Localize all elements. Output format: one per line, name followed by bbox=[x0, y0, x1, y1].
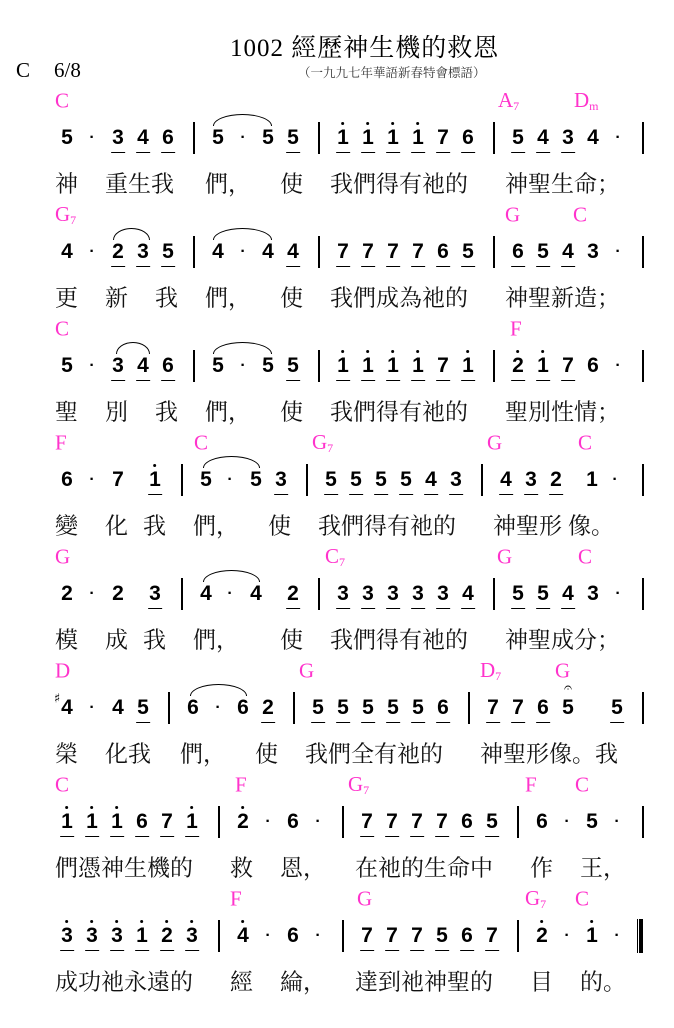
barline bbox=[181, 578, 183, 610]
augmentation-dot: · bbox=[89, 699, 94, 717]
note: 4 bbox=[262, 241, 274, 263]
barline bbox=[468, 692, 470, 724]
lyric-text: 聖別性情； bbox=[505, 394, 620, 427]
key-signature: C6/8 bbox=[16, 58, 81, 83]
lyric-text: 像。 bbox=[568, 508, 614, 541]
lyric-text: 新 bbox=[105, 280, 128, 313]
note: 6 bbox=[462, 127, 474, 149]
note: 1 bbox=[586, 925, 598, 947]
note: 3 bbox=[137, 241, 149, 263]
note: 6 bbox=[237, 697, 249, 719]
lyric-text: 神聖新造； bbox=[505, 280, 620, 313]
note: 2 bbox=[512, 355, 524, 377]
barline bbox=[306, 464, 308, 496]
note: 5 bbox=[362, 697, 374, 719]
barline bbox=[642, 236, 644, 268]
note: 5 bbox=[337, 697, 349, 719]
note: 3 bbox=[387, 583, 399, 605]
note: 6 bbox=[437, 697, 449, 719]
barline bbox=[318, 578, 320, 610]
lyric-text: 變 bbox=[55, 508, 78, 541]
note: 5 bbox=[200, 469, 212, 491]
lyric-text: 我們成為祂的 bbox=[330, 280, 468, 313]
tie-slur bbox=[213, 228, 272, 240]
note: 4 bbox=[200, 583, 212, 605]
barline bbox=[318, 236, 320, 268]
note: 7 bbox=[436, 811, 448, 833]
note: 3 bbox=[111, 925, 123, 947]
lyric-text: 重生我 bbox=[105, 166, 174, 199]
note: 1 bbox=[86, 811, 98, 833]
chord-symbol: F bbox=[55, 431, 67, 456]
note: 1 bbox=[61, 811, 73, 833]
note: 1 bbox=[111, 811, 123, 833]
note: 4 bbox=[537, 127, 549, 149]
augmentation-dot: · bbox=[215, 699, 220, 717]
note: 5 bbox=[611, 697, 623, 719]
chord-symbol: F bbox=[510, 317, 522, 342]
lyric-text: 使 bbox=[280, 166, 303, 199]
note: 5 bbox=[137, 697, 149, 719]
note: 5 bbox=[212, 355, 224, 377]
chord-symbol: G7 bbox=[348, 772, 369, 798]
lyric-text: 目 bbox=[530, 964, 553, 997]
note: 5 bbox=[486, 811, 498, 833]
lyric-text: 使 bbox=[255, 736, 278, 769]
note: 3 bbox=[412, 583, 424, 605]
note: 1 bbox=[537, 355, 549, 377]
lyric-text: 的。 bbox=[580, 964, 626, 997]
barline bbox=[517, 806, 519, 838]
barline bbox=[193, 350, 195, 382]
note: 5 bbox=[400, 469, 412, 491]
note: 4 bbox=[587, 127, 599, 149]
lyric-text: 更 bbox=[55, 280, 78, 313]
note: 7 bbox=[411, 811, 423, 833]
lyric-text: 們， bbox=[205, 394, 251, 427]
lyric-text: 經 bbox=[230, 964, 253, 997]
chord-symbol: G7 bbox=[525, 886, 546, 912]
note: 5 bbox=[375, 469, 387, 491]
sharp-accidental: ♯ bbox=[54, 692, 60, 707]
lyric-text: 模 bbox=[55, 622, 78, 655]
fermata-icon: 𝄐 bbox=[564, 680, 572, 696]
lyric-text: 王， bbox=[580, 850, 626, 883]
note: 1 bbox=[412, 127, 424, 149]
lyric-text: 使 bbox=[280, 280, 303, 313]
chord-symbol: G bbox=[357, 887, 372, 912]
lyric-text: 化 bbox=[105, 508, 128, 541]
augmentation-dot: · bbox=[564, 927, 569, 945]
lyric-text: 我們得有祂的 bbox=[330, 166, 468, 199]
note: 7 bbox=[161, 811, 173, 833]
note: 1 bbox=[149, 469, 161, 491]
note: 5 bbox=[537, 583, 549, 605]
note: 1 bbox=[412, 355, 424, 377]
lyric-text: 我們得有祂的 bbox=[318, 508, 456, 541]
note: 3 bbox=[525, 469, 537, 491]
note: 7 bbox=[437, 127, 449, 149]
note: 2 bbox=[237, 811, 249, 833]
lyric-text: 們， bbox=[193, 622, 239, 655]
note: 1 bbox=[337, 127, 349, 149]
note: 2 bbox=[61, 583, 73, 605]
lyric-text: 神聖成分； bbox=[505, 622, 620, 655]
chord-symbol: G bbox=[55, 545, 70, 570]
note: 1 bbox=[387, 355, 399, 377]
augmentation-dot: · bbox=[615, 585, 620, 603]
lyric-text: 作 bbox=[530, 850, 553, 883]
note: 3 bbox=[450, 469, 462, 491]
note: 5 bbox=[586, 811, 598, 833]
barline bbox=[642, 806, 644, 838]
note: 5 bbox=[325, 469, 337, 491]
barline bbox=[642, 464, 644, 496]
note: 7 bbox=[437, 355, 449, 377]
note: 5 bbox=[262, 127, 274, 149]
note: 1 bbox=[586, 469, 598, 491]
note: 7 bbox=[486, 925, 498, 947]
barline bbox=[642, 692, 644, 724]
tie-slur bbox=[203, 456, 260, 468]
chord-symbol: G bbox=[487, 431, 502, 456]
lyric-text: 使 bbox=[280, 394, 303, 427]
note: 7 bbox=[412, 241, 424, 263]
note: 6 bbox=[587, 355, 599, 377]
lyric-text: 們憑神生機的 bbox=[55, 850, 193, 883]
note: 1 bbox=[186, 811, 198, 833]
chord-symbol: C bbox=[55, 773, 69, 798]
note: 6 bbox=[287, 811, 299, 833]
augmentation-dot: · bbox=[227, 471, 232, 489]
lyric-text: 們， bbox=[193, 508, 239, 541]
augmentation-dot: · bbox=[615, 129, 620, 147]
note: 3 bbox=[337, 583, 349, 605]
chord-symbol: G bbox=[497, 545, 512, 570]
barline bbox=[293, 692, 295, 724]
augmentation-dot: · bbox=[265, 927, 270, 945]
lyric-text: 使 bbox=[268, 508, 291, 541]
lyric-text: 綸， bbox=[280, 964, 326, 997]
chord-symbol: C bbox=[573, 203, 587, 228]
barline bbox=[218, 920, 220, 952]
note: 7 bbox=[112, 469, 124, 491]
note: 4 bbox=[562, 583, 574, 605]
lyric-text: 我們得有祂的 bbox=[330, 622, 468, 655]
chord-symbol: G bbox=[505, 203, 520, 228]
note: 5 bbox=[61, 127, 73, 149]
tie-slur bbox=[213, 114, 272, 126]
augmentation-dot: · bbox=[89, 357, 94, 375]
lyric-text: 恩， bbox=[280, 850, 326, 883]
chord-symbol: F bbox=[235, 773, 247, 798]
note: 5 bbox=[312, 697, 324, 719]
note: 1 bbox=[337, 355, 349, 377]
note: 5 bbox=[212, 127, 224, 149]
note: 7 bbox=[361, 811, 373, 833]
lyric-text: 我 bbox=[143, 508, 166, 541]
lyric-text: 我 bbox=[155, 280, 178, 313]
lyric-text: 聖 bbox=[55, 394, 78, 427]
note: 7 bbox=[361, 925, 373, 947]
lyric-text: 神聖形 bbox=[493, 508, 562, 541]
chord-symbol: G7 bbox=[55, 202, 76, 228]
augmentation-dot: · bbox=[240, 243, 245, 261]
barline bbox=[168, 692, 170, 724]
note: 6 bbox=[187, 697, 199, 719]
barline bbox=[181, 464, 183, 496]
augmentation-dot: · bbox=[614, 927, 619, 945]
barline bbox=[218, 806, 220, 838]
note: 6 bbox=[461, 811, 473, 833]
note: 5 bbox=[512, 583, 524, 605]
note: 6 bbox=[162, 355, 174, 377]
note: 1 bbox=[387, 127, 399, 149]
note: 4 bbox=[61, 241, 73, 263]
note: 3 bbox=[587, 583, 599, 605]
augmentation-dot: · bbox=[615, 357, 620, 375]
lyric-text: 神聖形像。我 bbox=[480, 736, 618, 769]
note: 6 bbox=[461, 925, 473, 947]
augmentation-dot: · bbox=[89, 585, 94, 603]
note: 2 bbox=[112, 583, 124, 605]
note: 3 bbox=[362, 583, 374, 605]
note: 5 bbox=[162, 241, 174, 263]
augmentation-dot: · bbox=[89, 471, 94, 489]
barline bbox=[481, 464, 483, 496]
lyric-text: 我 bbox=[155, 394, 178, 427]
augmentation-dot: · bbox=[315, 927, 320, 945]
tie-slur bbox=[113, 228, 150, 240]
augmentation-dot: · bbox=[89, 129, 94, 147]
note: 4 bbox=[462, 583, 474, 605]
note: 4 bbox=[425, 469, 437, 491]
note: 6 bbox=[536, 811, 548, 833]
note: 3 bbox=[61, 925, 73, 947]
lyric-text: 成 bbox=[105, 622, 128, 655]
note: 7 bbox=[411, 925, 423, 947]
note: 7 bbox=[487, 697, 499, 719]
note: 5 bbox=[350, 469, 362, 491]
note: 2 bbox=[287, 583, 299, 605]
lyric-text: 救 bbox=[230, 850, 253, 883]
note: 5 bbox=[436, 925, 448, 947]
lyric-text: 使 bbox=[280, 622, 303, 655]
note: 4 bbox=[137, 127, 149, 149]
chord-symbol: A7 bbox=[498, 88, 519, 114]
note: 5 bbox=[387, 697, 399, 719]
chord-symbol: C bbox=[575, 773, 589, 798]
chord-symbol: G bbox=[299, 659, 314, 684]
lyric-text: 我 bbox=[143, 622, 166, 655]
note: 4 bbox=[562, 241, 574, 263]
augmentation-dot: · bbox=[612, 471, 617, 489]
final-double-barline bbox=[637, 919, 643, 953]
note: 3 bbox=[562, 127, 574, 149]
note: 2 bbox=[536, 925, 548, 947]
note: 4 bbox=[61, 697, 73, 719]
note: 7 bbox=[386, 811, 398, 833]
lyric-text: 們， bbox=[205, 280, 251, 313]
note: 3 bbox=[275, 469, 287, 491]
note: 6 bbox=[512, 241, 524, 263]
lyric-text: 在祂的生命中 bbox=[355, 850, 493, 883]
note: 6 bbox=[287, 925, 299, 947]
tie-slur bbox=[203, 570, 260, 582]
chord-symbol: C7 bbox=[325, 544, 345, 570]
barline bbox=[318, 122, 320, 154]
tie-slur bbox=[190, 684, 247, 696]
lyric-text: 成功祂永遠的 bbox=[55, 964, 193, 997]
note: 5 bbox=[412, 697, 424, 719]
lyric-text: 們， bbox=[180, 736, 226, 769]
note: 4 bbox=[112, 697, 124, 719]
barline bbox=[493, 236, 495, 268]
barline bbox=[642, 350, 644, 382]
augmentation-dot: · bbox=[240, 357, 245, 375]
chord-symbol: D7 bbox=[480, 658, 501, 684]
barline bbox=[318, 350, 320, 382]
note: 6 bbox=[136, 811, 148, 833]
note: 3 bbox=[149, 583, 161, 605]
lyric-text: 我們得有祂的 bbox=[330, 394, 468, 427]
lyric-text: 化我 bbox=[105, 736, 151, 769]
note: 7 bbox=[562, 355, 574, 377]
note: 3 bbox=[186, 925, 198, 947]
note: 1 bbox=[136, 925, 148, 947]
lyric-text: 神聖生命； bbox=[505, 166, 620, 199]
barline bbox=[642, 578, 644, 610]
note: 2 bbox=[112, 241, 124, 263]
augmentation-dot: · bbox=[615, 243, 620, 261]
barline bbox=[493, 122, 495, 154]
note: 6 bbox=[162, 127, 174, 149]
augmentation-dot: · bbox=[614, 813, 619, 831]
lyric-text: 們， bbox=[205, 166, 251, 199]
note: 3 bbox=[112, 355, 124, 377]
note: 1 bbox=[362, 355, 374, 377]
barline bbox=[342, 920, 344, 952]
barline bbox=[493, 350, 495, 382]
note: 2 bbox=[262, 697, 274, 719]
note: 7 bbox=[362, 241, 374, 263]
note: 1 bbox=[462, 355, 474, 377]
chord-symbol: F bbox=[525, 773, 537, 798]
note: 4 bbox=[500, 469, 512, 491]
note: 2 bbox=[550, 469, 562, 491]
note: 5 bbox=[562, 697, 574, 719]
note: 4 bbox=[287, 241, 299, 263]
augmentation-dot: · bbox=[265, 813, 270, 831]
tie-slur bbox=[116, 342, 150, 354]
note: 6 bbox=[437, 241, 449, 263]
lyric-text: 神 bbox=[55, 166, 78, 199]
lyric-text: 榮 bbox=[55, 736, 78, 769]
note: 7 bbox=[512, 697, 524, 719]
note: 5 bbox=[287, 127, 299, 149]
barline bbox=[642, 122, 644, 154]
note: 4 bbox=[137, 355, 149, 377]
page-subtitle: （一九九七年華語新春特會標語） bbox=[298, 63, 486, 81]
chord-symbol: C bbox=[194, 431, 208, 456]
barline bbox=[342, 806, 344, 838]
chord-symbol: C bbox=[55, 89, 69, 114]
augmentation-dot: · bbox=[240, 129, 245, 147]
chord-symbol: G7 bbox=[312, 430, 333, 456]
augmentation-dot: · bbox=[89, 243, 94, 261]
note: 5 bbox=[262, 355, 274, 377]
note: 7 bbox=[386, 925, 398, 947]
lyric-text: 達到祂神聖的 bbox=[355, 964, 493, 997]
note: 3 bbox=[437, 583, 449, 605]
note: 7 bbox=[387, 241, 399, 263]
chord-symbol: Dm bbox=[574, 88, 599, 114]
barline bbox=[493, 578, 495, 610]
note: 3 bbox=[86, 925, 98, 947]
note: 6 bbox=[537, 697, 549, 719]
barline bbox=[517, 920, 519, 952]
page-title: 1002 經歷神生機的救恩 bbox=[230, 28, 499, 64]
note: 2 bbox=[161, 925, 173, 947]
note: 5 bbox=[462, 241, 474, 263]
note: 4 bbox=[237, 925, 249, 947]
augmentation-dot: · bbox=[227, 585, 232, 603]
chord-symbol: C bbox=[55, 317, 69, 342]
time-signature: 6/8 bbox=[54, 58, 81, 82]
note: 5 bbox=[287, 355, 299, 377]
chord-symbol: D bbox=[55, 659, 70, 684]
note: 6 bbox=[61, 469, 73, 491]
chord-symbol: F bbox=[230, 887, 242, 912]
lyric-text: 我們全有祂的 bbox=[305, 736, 443, 769]
augmentation-dot: · bbox=[315, 813, 320, 831]
barline bbox=[193, 236, 195, 268]
note: 1 bbox=[362, 127, 374, 149]
note: 5 bbox=[512, 127, 524, 149]
note: 7 bbox=[337, 241, 349, 263]
chord-symbol: C bbox=[578, 545, 592, 570]
chord-symbol: C bbox=[575, 887, 589, 912]
note: 4 bbox=[212, 241, 224, 263]
note: 5 bbox=[61, 355, 73, 377]
lyric-text: 別 bbox=[105, 394, 128, 427]
augmentation-dot: · bbox=[564, 813, 569, 831]
note: 3 bbox=[112, 127, 124, 149]
note: 3 bbox=[587, 241, 599, 263]
barline bbox=[193, 122, 195, 154]
note: 5 bbox=[250, 469, 262, 491]
key-label: C bbox=[16, 58, 30, 82]
chord-symbol: C bbox=[578, 431, 592, 456]
tie-slur bbox=[213, 342, 272, 354]
note: 4 bbox=[250, 583, 262, 605]
note: 5 bbox=[537, 241, 549, 263]
